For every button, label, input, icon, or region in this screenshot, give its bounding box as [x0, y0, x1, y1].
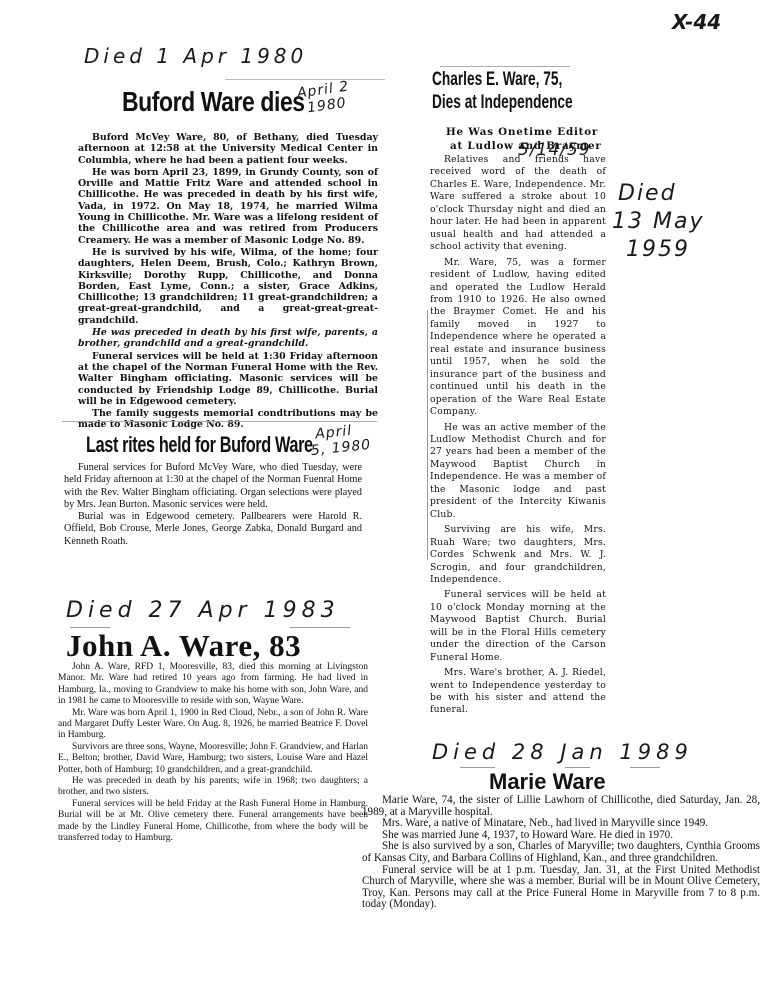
- article-paragraph: He is survived by his wife, Wilma, of th…: [78, 247, 378, 326]
- article-paragraph: Marie Ware, 74, the sister of Lillie Law…: [362, 795, 760, 818]
- column-rule: [427, 310, 428, 560]
- headline-line: Charles E. Ware, 75,: [432, 68, 562, 91]
- article-paragraph: Funeral services for Buford McVey Ware, …: [64, 462, 362, 511]
- handwritten-date-marie: Died 28 Jan 1989: [432, 740, 693, 764]
- handwritten-side-charles: Died 13 May 1959: [612, 180, 704, 264]
- divider: [460, 767, 495, 768]
- divider: [440, 66, 570, 67]
- article-paragraph: Buford McVey Ware, 80, of Bethany, died …: [78, 132, 378, 166]
- article-paragraph: Funeral services will be held Friday at …: [58, 799, 368, 845]
- article-paragraph: John A. Ware, RFD 1, Mooresville, 83, di…: [58, 662, 368, 708]
- article-paragraph: Funeral services will be held at 10 o'cl…: [430, 589, 606, 664]
- article-body-last-rites: Funeral services for Buford McVey Ware, …: [64, 462, 362, 548]
- article-paragraph: He was born April 23, 1899, in Grundy Co…: [78, 167, 378, 246]
- article-paragraph: He was preceded in death by his first wi…: [78, 327, 378, 350]
- handwritten-line: Died: [612, 180, 704, 208]
- subhead-line: He Was Onetime Editor: [446, 125, 602, 139]
- article-paragraph: He was preceded in death by his parents;…: [58, 776, 368, 799]
- headline-marie-ware: Marie Ware: [489, 769, 606, 795]
- handwritten-date-john: Died 27 Apr 1983: [66, 598, 340, 623]
- handwritten-date-buford: Died 1 Apr 1980: [84, 44, 307, 68]
- page-mark: X-44: [672, 10, 721, 34]
- divider: [225, 79, 385, 80]
- headline-charles-ware: Charles E. Ware, 75, Dies at Independenc…: [432, 68, 627, 114]
- article-paragraph: He was an active member of the Ludlow Me…: [430, 422, 606, 522]
- article-body-john-ware: John A. Ware, RFD 1, Mooresville, 83, di…: [58, 662, 368, 845]
- article-paragraph: Relatives and friends have received word…: [430, 154, 606, 254]
- article-body-charles-ware: Relatives and friends have received word…: [430, 154, 606, 720]
- margin-note-last-rites: April 5, 1980: [308, 421, 371, 459]
- article-paragraph: Funeral services will be held at 1:30 Fr…: [78, 351, 378, 407]
- article-paragraph: She is also survived by a son, Charles o…: [362, 841, 760, 864]
- article-paragraph: Mr. Ware was born April 1, 1900 in Red C…: [58, 708, 368, 742]
- handwritten-line: 1959: [612, 236, 704, 264]
- article-paragraph: Burial was in Edgewood cemetery. Pallbea…: [64, 511, 362, 548]
- handwritten-line: 13 May: [612, 208, 704, 236]
- article-paragraph: Surviving are his wife, Mrs. Ruah Ware; …: [430, 524, 606, 586]
- article-paragraph: Mr. Ware, 75, was a former resident of L…: [430, 257, 606, 419]
- headline-john-ware: John A. Ware, 83: [66, 628, 301, 664]
- divider: [565, 767, 590, 768]
- headline-line: Dies at Independence: [432, 91, 573, 114]
- article-paragraph: Funeral service will be at 1 p.m. Tuesda…: [362, 865, 760, 911]
- article-paragraph: Survivors are three sons, Wayne, Mooresv…: [58, 742, 368, 776]
- article-paragraph: Mrs. Ware's brother, A. J. Riedel, went …: [430, 667, 606, 717]
- article-body-marie-ware: Marie Ware, 74, the sister of Lillie Law…: [362, 795, 760, 911]
- headline-text: Last rites held for Buford Ware: [86, 432, 313, 458]
- article-body-buford-dies: Buford McVey Ware, 80, of Bethany, died …: [78, 132, 378, 432]
- divider: [62, 421, 377, 422]
- divider: [630, 767, 660, 768]
- headline-text: Buford Ware dies: [122, 86, 305, 118]
